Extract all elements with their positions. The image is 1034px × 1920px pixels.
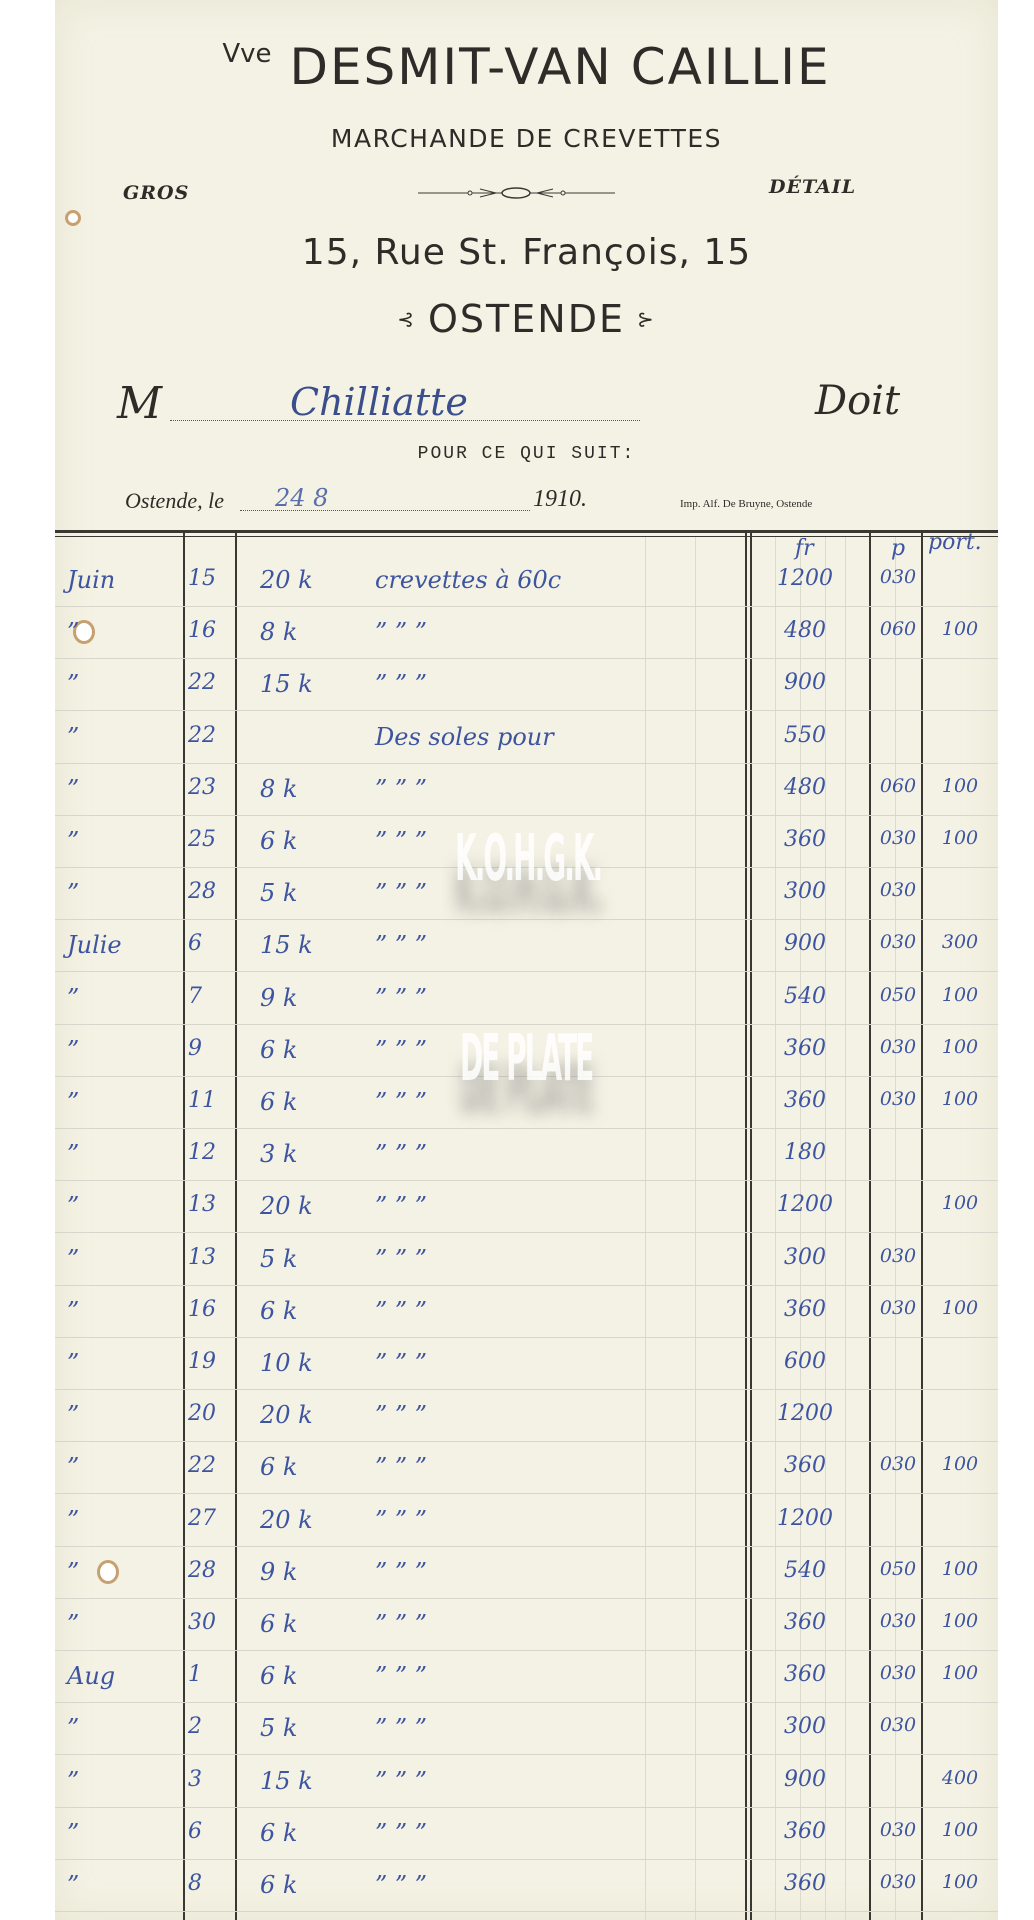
row-month: ”	[67, 1506, 177, 1534]
row-quantity: 8 k	[260, 775, 370, 803]
ornament-left-icon: ⊰	[397, 307, 416, 331]
row-description: ” ” ”	[375, 1714, 755, 1742]
row-description: crevettes à 60c	[375, 566, 755, 594]
row-amount: 550	[755, 723, 855, 748]
row-month: ”	[67, 1558, 177, 1586]
printer-imprint: Imp. Alf. De Bruyne, Ostende	[680, 498, 812, 510]
row-p: 060	[872, 775, 924, 797]
row-quantity: 6 k	[260, 1819, 370, 1847]
row-month: ”	[67, 1088, 177, 1116]
row-month: ”	[67, 1245, 177, 1273]
row-amount: 900	[755, 1767, 855, 1792]
row-p: 030	[872, 1297, 924, 1319]
row-amount: 1200	[755, 566, 855, 591]
row-description: ” ” ”	[375, 1767, 755, 1795]
invoice-date: 24 8	[275, 484, 328, 512]
row-month: ”	[67, 1349, 177, 1377]
row-amount: 360	[755, 1088, 855, 1113]
row-p: 030	[872, 1714, 924, 1736]
row-day: 22	[188, 1453, 234, 1478]
row-day: 20	[188, 1401, 234, 1426]
row-month: ”	[67, 1453, 177, 1481]
row-p: 030	[872, 1662, 924, 1684]
row-description: ” ” ”	[375, 775, 755, 803]
row-description: ” ” ”	[375, 984, 755, 1012]
table-row: ” 9 6 k ” ” ” 360 030 100	[55, 1036, 998, 1088]
row-month: ”	[67, 1401, 177, 1429]
table-row: ” 28 9 k ” ” ” 540 050 100	[55, 1558, 998, 1610]
table-row: ” 22 Des soles pour 550	[55, 723, 998, 775]
table-row: ” 8 6 k ” ” ” 360 030 100	[55, 1871, 998, 1920]
row-amount: 360	[755, 1297, 855, 1322]
row-quantity: 6 k	[260, 1088, 370, 1116]
place-label: Ostende, le	[125, 488, 224, 514]
business-address: 15, Rue St. François, 15	[55, 232, 998, 273]
row-day: 7	[188, 984, 234, 1009]
row-amount: 540	[755, 1558, 855, 1583]
row-description: ” ” ”	[375, 1088, 755, 1116]
row-port: 100	[928, 1662, 992, 1684]
row-quantity: 5 k	[260, 879, 370, 907]
table-row: ” 7 9 k ” ” ” 540 050 100	[55, 984, 998, 1036]
row-month: ”	[67, 1714, 177, 1742]
table-row: ” 25 6 k ” ” ” 360 030 100	[55, 827, 998, 879]
row-description: ” ” ”	[375, 1036, 755, 1064]
row-quantity: 20 k	[260, 1506, 370, 1534]
invoice-paper: Vve DESMIT-VAN CAILLIE MARCHANDE DE CREV…	[55, 0, 998, 1920]
row-day: 15	[188, 566, 234, 591]
business-city: ⊰OSTENDE⊱	[55, 297, 998, 341]
row-month: ”	[67, 1192, 177, 1220]
row-description: ” ” ”	[375, 1140, 755, 1168]
row-day: 19	[188, 1349, 234, 1374]
business-subtitle: MARCHANDE DE CREVETTES	[55, 124, 998, 153]
row-p: 050	[872, 984, 924, 1006]
row-description: ” ” ”	[375, 879, 755, 907]
table-row: ” 20 20 k ” ” ” 1200	[55, 1401, 998, 1453]
row-day: 22	[188, 670, 234, 695]
table-row: Juin 15 20 k crevettes à 60c 1200 030	[55, 566, 998, 618]
row-port: 300	[928, 931, 992, 953]
invoice-year: 1910.	[533, 486, 587, 513]
row-quantity: 6 k	[260, 1036, 370, 1064]
row-description: ” ” ”	[375, 1192, 755, 1220]
row-day: 6	[188, 1819, 234, 1844]
doit-label: Doit	[815, 378, 900, 424]
client-name: Chilliatte	[290, 380, 468, 424]
row-month: ”	[67, 827, 177, 855]
row-amount: 1200	[755, 1192, 855, 1217]
m-label: M	[117, 378, 162, 429]
detail-label: DÉTAIL	[769, 176, 856, 198]
row-amount: 1200	[755, 1401, 855, 1426]
row-day: 2	[188, 1714, 234, 1739]
row-quantity: 10 k	[260, 1349, 370, 1377]
row-quantity: 9 k	[260, 984, 370, 1012]
row-amount: 480	[755, 618, 855, 643]
row-description: ” ” ”	[375, 1401, 755, 1429]
header-p: p	[891, 536, 905, 561]
table-row: ” 6 6 k ” ” ” 360 030 100	[55, 1819, 998, 1871]
row-port: 100	[928, 1819, 992, 1841]
row-description: ” ” ”	[375, 1349, 755, 1377]
row-day: 16	[188, 1297, 234, 1322]
row-day: 6	[188, 931, 234, 956]
row-quantity: 3 k	[260, 1140, 370, 1168]
table-row: ” 19 10 k ” ” ” 600	[55, 1349, 998, 1401]
row-day: 28	[188, 879, 234, 904]
row-description: ” ” ”	[375, 1558, 755, 1586]
table-row: ” 16 8 k ” ” ” 480 060 100	[55, 618, 998, 670]
row-description: ” ” ”	[375, 670, 755, 698]
row-month: ”	[67, 775, 177, 803]
row-quantity: 20 k	[260, 566, 370, 594]
row-port: 100	[928, 984, 992, 1006]
row-p: 030	[872, 1245, 924, 1267]
table-row: ” 3 15 k ” ” ” 900 400	[55, 1767, 998, 1819]
business-name-text: DESMIT-VAN CAILLIE	[289, 38, 830, 96]
table-row: ” 13 20 k ” ” ” 1200 100	[55, 1192, 998, 1244]
row-month: ”	[67, 1871, 177, 1899]
table-row: ” 22 15 k ” ” ” 900	[55, 670, 998, 722]
row-p: 030	[872, 1610, 924, 1632]
row-quantity: 6 k	[260, 827, 370, 855]
table-top-rule	[55, 530, 998, 533]
row-port: 100	[928, 775, 992, 797]
row-amount: 540	[755, 984, 855, 1009]
row-p: 030	[872, 827, 924, 849]
row-day: 13	[188, 1245, 234, 1270]
row-quantity: 15 k	[260, 670, 370, 698]
row-amount: 360	[755, 1871, 855, 1896]
row-amount: 1200	[755, 1506, 855, 1531]
row-quantity: 20 k	[260, 1401, 370, 1429]
divider-ornament-icon	[418, 186, 615, 200]
row-description: ” ” ”	[375, 1871, 755, 1899]
row-quantity: 15 k	[260, 931, 370, 959]
row-port: 100	[928, 1192, 992, 1214]
row-amount: 360	[755, 827, 855, 852]
table-row: ” 22 6 k ” ” ” 360 030 100	[55, 1453, 998, 1505]
row-day: 13	[188, 1192, 234, 1217]
table-row: Aug 1 6 k ” ” ” 360 030 100	[55, 1662, 998, 1714]
table-top-rule-thin	[55, 536, 998, 537]
row-amount: 300	[755, 1714, 855, 1739]
row-port: 400	[928, 1767, 992, 1789]
row-port: 100	[928, 1088, 992, 1110]
row-amount: 360	[755, 1610, 855, 1635]
row-description: ” ” ”	[375, 618, 755, 646]
row-quantity: 5 k	[260, 1245, 370, 1273]
row-amount: 360	[755, 1662, 855, 1687]
row-description: ” ” ”	[375, 1245, 755, 1273]
row-day: 3	[188, 1767, 234, 1792]
row-quantity: 6 k	[260, 1297, 370, 1325]
table-row: ” 16 6 k ” ” ” 360 030 100	[55, 1297, 998, 1349]
row-amount: 180	[755, 1140, 855, 1165]
row-port: 100	[928, 827, 992, 849]
row-amount: 900	[755, 670, 855, 695]
row-port: 100	[928, 1610, 992, 1632]
row-quantity: 6 k	[260, 1871, 370, 1899]
row-month: Julie	[67, 931, 177, 959]
row-description: ” ” ”	[375, 1662, 755, 1690]
table-row: ” 11 6 k ” ” ” 360 030 100	[55, 1088, 998, 1140]
row-description: ” ” ”	[375, 1506, 755, 1534]
row-day: 25	[188, 827, 234, 852]
punch-hole	[65, 210, 81, 226]
row-port: 100	[928, 1297, 992, 1319]
gros-label: GROS	[123, 182, 189, 204]
row-day: 12	[188, 1140, 234, 1165]
row-month: ”	[67, 1819, 177, 1847]
row-day: 22	[188, 723, 234, 748]
row-month: ”	[67, 984, 177, 1012]
row-month: ”	[67, 879, 177, 907]
row-quantity: 9 k	[260, 1558, 370, 1586]
row-quantity: 15 k	[260, 1767, 370, 1795]
row-p: 030	[872, 1088, 924, 1110]
business-name: Vve DESMIT-VAN CAILLIE	[55, 38, 998, 96]
row-day: 11	[188, 1088, 234, 1113]
pour-ce-qui-suit: POUR CE QUI SUIT:	[55, 444, 998, 464]
row-description: ” ” ”	[375, 827, 755, 855]
table-row: ” 30 6 k ” ” ” 360 030 100	[55, 1610, 998, 1662]
row-day: 30	[188, 1610, 234, 1635]
table-row: ” 27 20 k ” ” ” 1200	[55, 1506, 998, 1558]
row-description: ” ” ”	[375, 1453, 755, 1481]
row-p: 060	[872, 618, 924, 640]
table-row: ” 12 3 k ” ” ” 180	[55, 1140, 998, 1192]
row-month: ”	[67, 1036, 177, 1064]
row-month: ”	[67, 670, 177, 698]
row-p: 030	[872, 1819, 924, 1841]
row-quantity: 6 k	[260, 1453, 370, 1481]
row-day: 8	[188, 1871, 234, 1896]
table-row: ” 13 5 k ” ” ” 300 030	[55, 1245, 998, 1297]
row-amount: 480	[755, 775, 855, 800]
row-quantity: 20 k	[260, 1192, 370, 1220]
row-port: 100	[928, 1036, 992, 1058]
row-day: 16	[188, 618, 234, 643]
row-amount: 300	[755, 1245, 855, 1270]
row-quantity: 5 k	[260, 1714, 370, 1742]
row-amount: 900	[755, 931, 855, 956]
widow-prefix: Vve	[222, 39, 271, 69]
row-month: ”	[67, 1610, 177, 1638]
row-p: 030	[872, 1453, 924, 1475]
row-description: ” ” ”	[375, 931, 755, 959]
city-text: OSTENDE	[428, 297, 625, 341]
row-port: 100	[928, 1453, 992, 1475]
row-month: ”	[67, 1140, 177, 1168]
row-amount: 300	[755, 879, 855, 904]
row-month: Aug	[67, 1662, 177, 1690]
row-description: ” ” ”	[375, 1297, 755, 1325]
row-day: 27	[188, 1506, 234, 1531]
row-description: Des soles pour	[375, 723, 755, 751]
row-description: ” ” ”	[375, 1819, 755, 1847]
table-row: Julie 6 15 k ” ” ” 900 030 300	[55, 931, 998, 983]
row-p: 030	[872, 1871, 924, 1893]
header-francs: fr	[795, 536, 814, 561]
row-description: ” ” ”	[375, 1610, 755, 1638]
table-row: ” 23 8 k ” ” ” 480 060 100	[55, 775, 998, 827]
row-month: ”	[67, 1297, 177, 1325]
row-quantity: 6 k	[260, 1662, 370, 1690]
row-amount: 360	[755, 1036, 855, 1061]
row-port: 100	[928, 1558, 992, 1580]
row-p: 030	[872, 1036, 924, 1058]
row-month: ”	[67, 1767, 177, 1795]
table-row: ” 28 5 k ” ” ” 300 030	[55, 879, 998, 931]
row-month: ”	[67, 618, 177, 646]
row-quantity: 6 k	[260, 1610, 370, 1638]
row-p: 030	[872, 931, 924, 953]
header-port: port.	[928, 530, 982, 555]
row-month: ”	[67, 723, 177, 751]
table-row: ” 2 5 k ” ” ” 300 030	[55, 1714, 998, 1766]
row-p: 030	[872, 879, 924, 901]
row-day: 1	[188, 1662, 234, 1687]
row-day: 28	[188, 1558, 234, 1583]
row-port: 100	[928, 1871, 992, 1893]
row-month: Juin	[67, 566, 177, 594]
ornament-right-icon: ⊱	[637, 307, 656, 331]
row-amount: 360	[755, 1819, 855, 1844]
row-amount: 600	[755, 1349, 855, 1374]
row-day: 23	[188, 775, 234, 800]
row-p: 030	[872, 566, 924, 588]
row-day: 9	[188, 1036, 234, 1061]
row-p: 050	[872, 1558, 924, 1580]
row-quantity: 8 k	[260, 618, 370, 646]
row-amount: 360	[755, 1453, 855, 1478]
row-port: 100	[928, 618, 992, 640]
